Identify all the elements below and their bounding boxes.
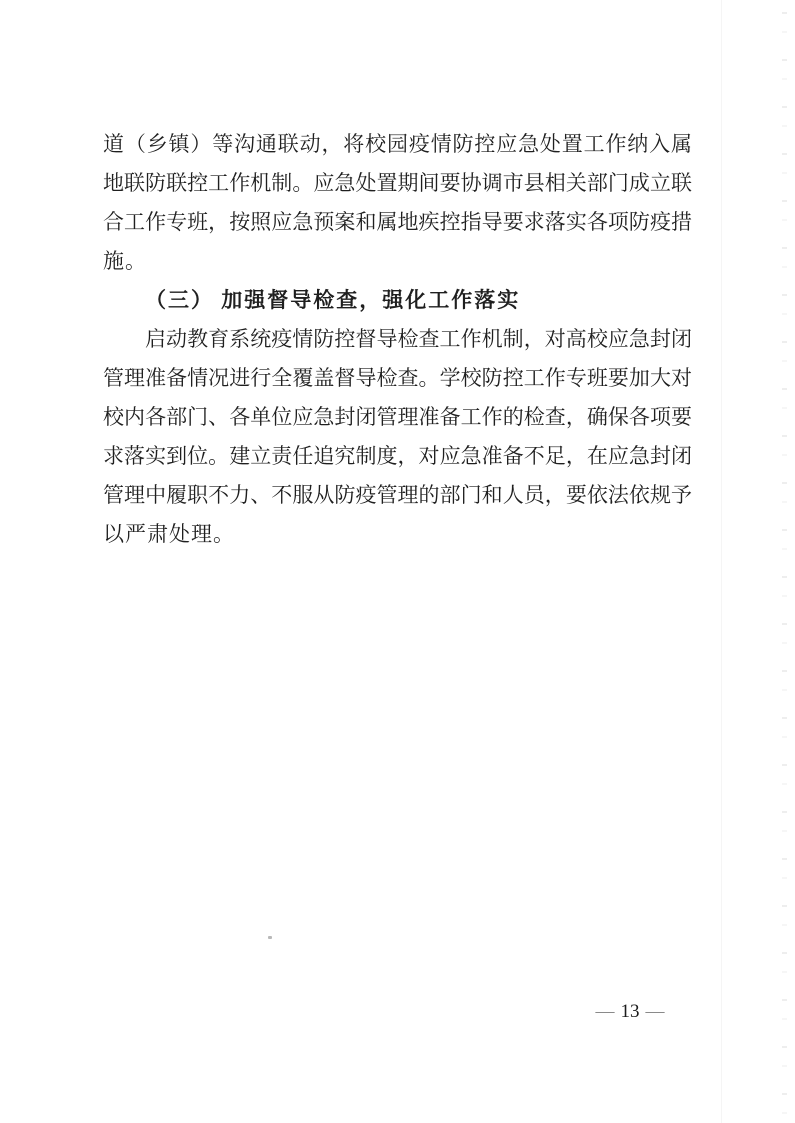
paragraph-2-line: 管理准备情况进行全覆盖督导检查。学校防控工作专班要加大对 bbox=[103, 359, 692, 398]
scan-artifact-vertical-line bbox=[721, 0, 722, 1123]
paragraph-1-line: 道（乡镇）等沟通联动，将校园疫情防控应急处置工作纳入属 bbox=[103, 125, 692, 164]
section-heading: （三） 加强督导检查，强化工作落实 bbox=[103, 281, 692, 320]
scan-artifact-speck bbox=[268, 936, 272, 939]
paragraph-1-line: 合工作专班，按照应急预案和属地疾控指导要求落实各项防疫措 bbox=[103, 203, 692, 242]
page-number: 13 bbox=[621, 999, 640, 1025]
scan-artifact-edge-noise bbox=[782, 0, 787, 1123]
page-number-dash-left: — bbox=[590, 999, 621, 1025]
paragraph-2-line: 校内各部门、各单位应急封闭管理准备工作的检查，确保各项要 bbox=[103, 398, 692, 437]
paragraph-1-line: 地联防联控工作机制。应急处置期间要协调市县相关部门成立联 bbox=[103, 164, 692, 203]
page-number-dash-right: — bbox=[640, 999, 671, 1025]
body-text-block: 道（乡镇）等沟通联动，将校园疫情防控应急处置工作纳入属 地联防联控工作机制。应急… bbox=[103, 125, 692, 554]
paragraph-2-line: 管理中履职不力、不服从防疫管理的部门和人员，要依法依规予 bbox=[103, 476, 692, 515]
paragraph-2-line: 求落实到位。建立责任追究制度，对应急准备不足，在应急封闭 bbox=[103, 437, 692, 476]
page-number-footer: — 13 — bbox=[585, 999, 675, 1025]
paragraph-2-line: 以严肃处理。 bbox=[103, 515, 692, 554]
document-page: 道（乡镇）等沟通联动，将校园疫情防控应急处置工作纳入属 地联防联控工作机制。应急… bbox=[0, 0, 795, 1123]
paragraph-2-line: 启动教育系统疫情防控督导检查工作机制，对高校应急封闭 bbox=[103, 320, 692, 359]
paragraph-1-line: 施。 bbox=[103, 242, 692, 281]
